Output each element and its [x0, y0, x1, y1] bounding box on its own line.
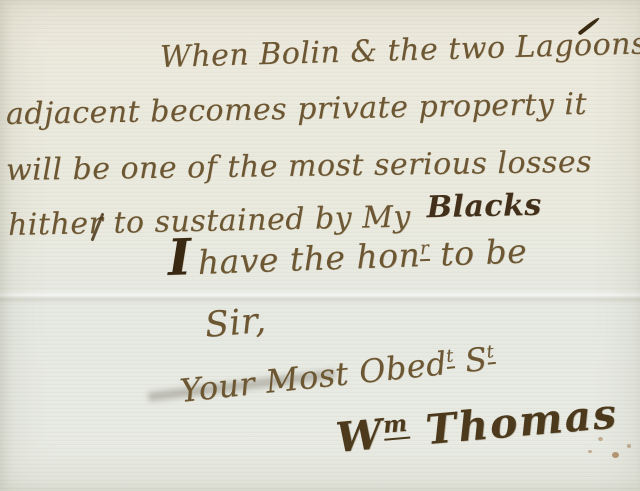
closing-initial: I: [167, 227, 193, 287]
fold-crease: [0, 290, 640, 304]
letter-line-3: will be one of the most serious losses: [6, 145, 592, 188]
signature-superscript: m: [382, 411, 410, 441]
valediction-line: Your Most Obedt St: [178, 339, 497, 410]
letter-line-2: adjacent becomes private property it: [6, 87, 588, 132]
closing-honor-pre: have the hon: [197, 235, 421, 282]
valediction-mid: S: [452, 340, 489, 381]
letter-scan: When Bolin & the two Lagoons adjacent be…: [0, 0, 640, 491]
foxing-spot: [598, 437, 603, 441]
letter-line-1: When Bolin & the two Lagoons: [160, 26, 640, 75]
foxing-spot: [588, 450, 592, 453]
letter-line-4-text: hither to sustained by My: [8, 200, 412, 243]
valediction-pre: Your Most Obed: [178, 344, 449, 410]
signature-pre: W: [334, 410, 386, 462]
closing-honor-line: Ihave the honr to be: [167, 231, 527, 283]
closing-honor-post: to be: [429, 231, 528, 273]
letter-line-4-emphasis: Blacks: [426, 188, 542, 225]
valediction-superscript-2: t: [486, 342, 496, 365]
foxing-spot: [627, 444, 631, 448]
signature-post: Thomas: [408, 389, 620, 455]
signature-wm-thomas: Wm Thomas: [334, 389, 620, 461]
salutation-sir: Sir,: [203, 301, 267, 346]
foxing-spot: [612, 452, 619, 458]
